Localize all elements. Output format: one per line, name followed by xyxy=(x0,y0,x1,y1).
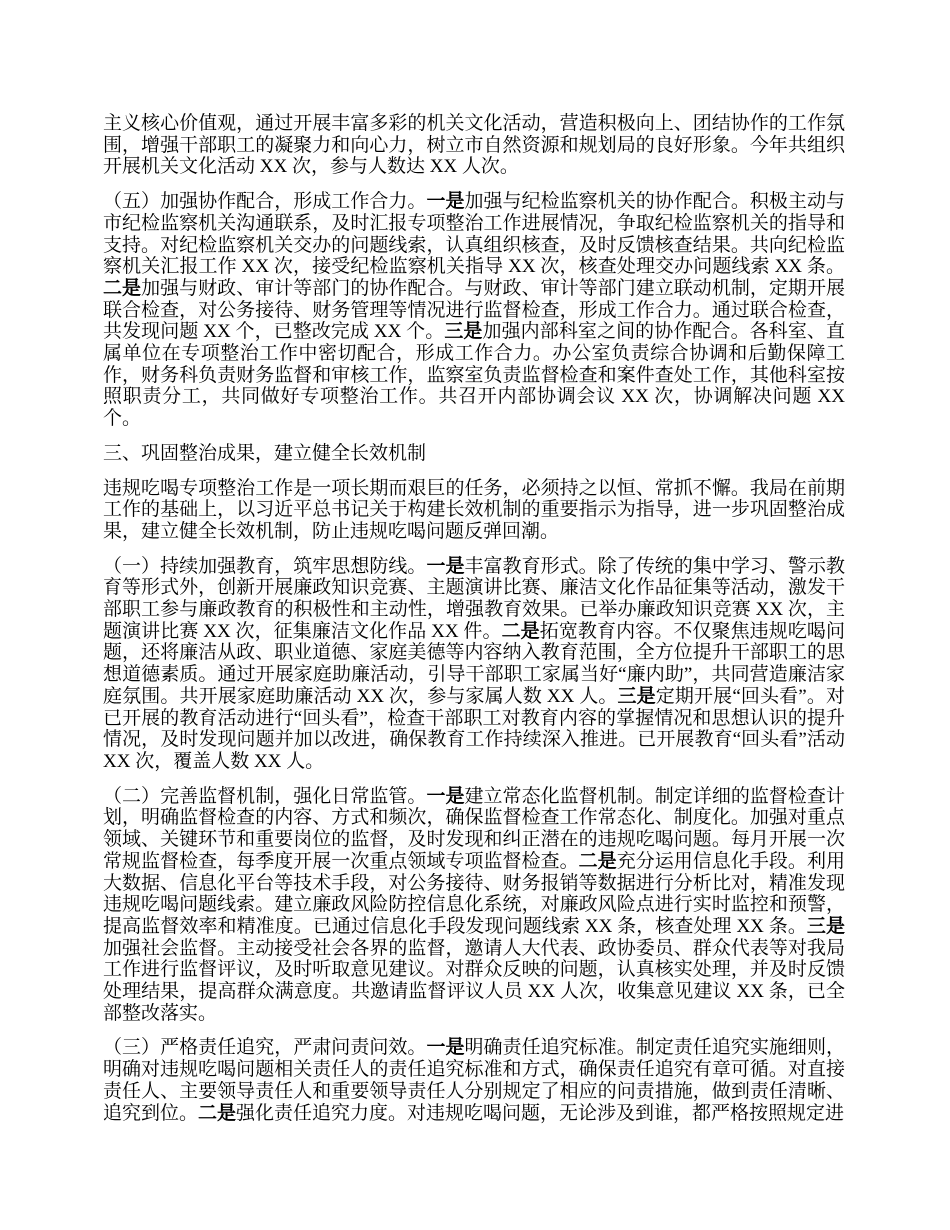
text-run: 主义核心价值观，通过开展丰富多彩的机关文化活动，营造积极向上、团结协作的工作氛围… xyxy=(103,113,845,177)
bold-run: 二是 xyxy=(198,1103,236,1124)
bold-run: 二是 xyxy=(103,278,141,299)
paragraph: （三）严格责任追究，严肃问责问效。一是明确责任追究标准。制定责任追究实施细则，明… xyxy=(103,1037,845,1124)
paragraph: （二）完善监督机制，强化日常监管。一是建立常态化监督机制。制定详细的监督检查计划… xyxy=(103,786,845,1025)
text-run: 违规吃喝专项整治工作是一项长期而艰巨的任务，必须持之以恒、常抓不懈。我局在前期工… xyxy=(103,478,845,542)
text-run: （五）加强协作配合，形成工作合力。 xyxy=(103,191,426,212)
bold-run: 二是 xyxy=(579,851,617,872)
bold-run: 一是 xyxy=(426,191,464,212)
text-run: 强化责任追究力度。对违规吃喝问题，无论涉及到谁，都严格按照规定进 xyxy=(236,1103,844,1124)
document-page: 主义核心价值观，通过开展丰富多彩的机关文化活动，营造积极向上、团结协作的工作氛围… xyxy=(0,0,950,1230)
section-heading: 三、巩固整治成果，建立健全长效机制 xyxy=(103,443,845,465)
paragraph: 违规吃喝专项整治工作是一项长期而艰巨的任务，必须持之以恒、常抓不懈。我局在前期工… xyxy=(103,478,845,543)
text-run: （二）完善监督机制，强化日常监管。 xyxy=(103,786,426,807)
paragraph: （五）加强协作配合，形成工作合力。一是加强与纪检监察机关的协作配合。积极主动与市… xyxy=(103,191,845,430)
bold-run: 三是 xyxy=(618,686,656,707)
text-run: （一）持续加强教育，筑牢思想防线。 xyxy=(103,556,426,577)
bold-run: 一是 xyxy=(426,556,464,577)
text-run: 三、巩固整治成果，建立健全长效机制 xyxy=(103,443,426,464)
bold-run: 一是 xyxy=(426,786,464,807)
paragraph: 主义核心价值观，通过开展丰富多彩的机关文化活动，营造积极向上、团结协作的工作氛围… xyxy=(103,113,845,178)
document-body: 主义核心价值观，通过开展丰富多彩的机关文化活动，营造积极向上、团结协作的工作氛围… xyxy=(103,113,845,1124)
bold-run: 二是 xyxy=(502,621,540,642)
text-run: 加强社会监督。主动接受社会各界的监督，邀请人大代表、政协委员、群众代表等对我局工… xyxy=(103,938,845,1024)
bold-run: 三是 xyxy=(807,916,845,937)
paragraph: （一）持续加强教育，筑牢思想防线。一是丰富教育形式。除了传统的集中学习、警示教育… xyxy=(103,556,845,773)
text-run: （三）严格责任追究，严肃问责问效。 xyxy=(103,1037,426,1058)
bold-run: 一是 xyxy=(426,1037,464,1058)
bold-run: 三是 xyxy=(444,321,482,342)
